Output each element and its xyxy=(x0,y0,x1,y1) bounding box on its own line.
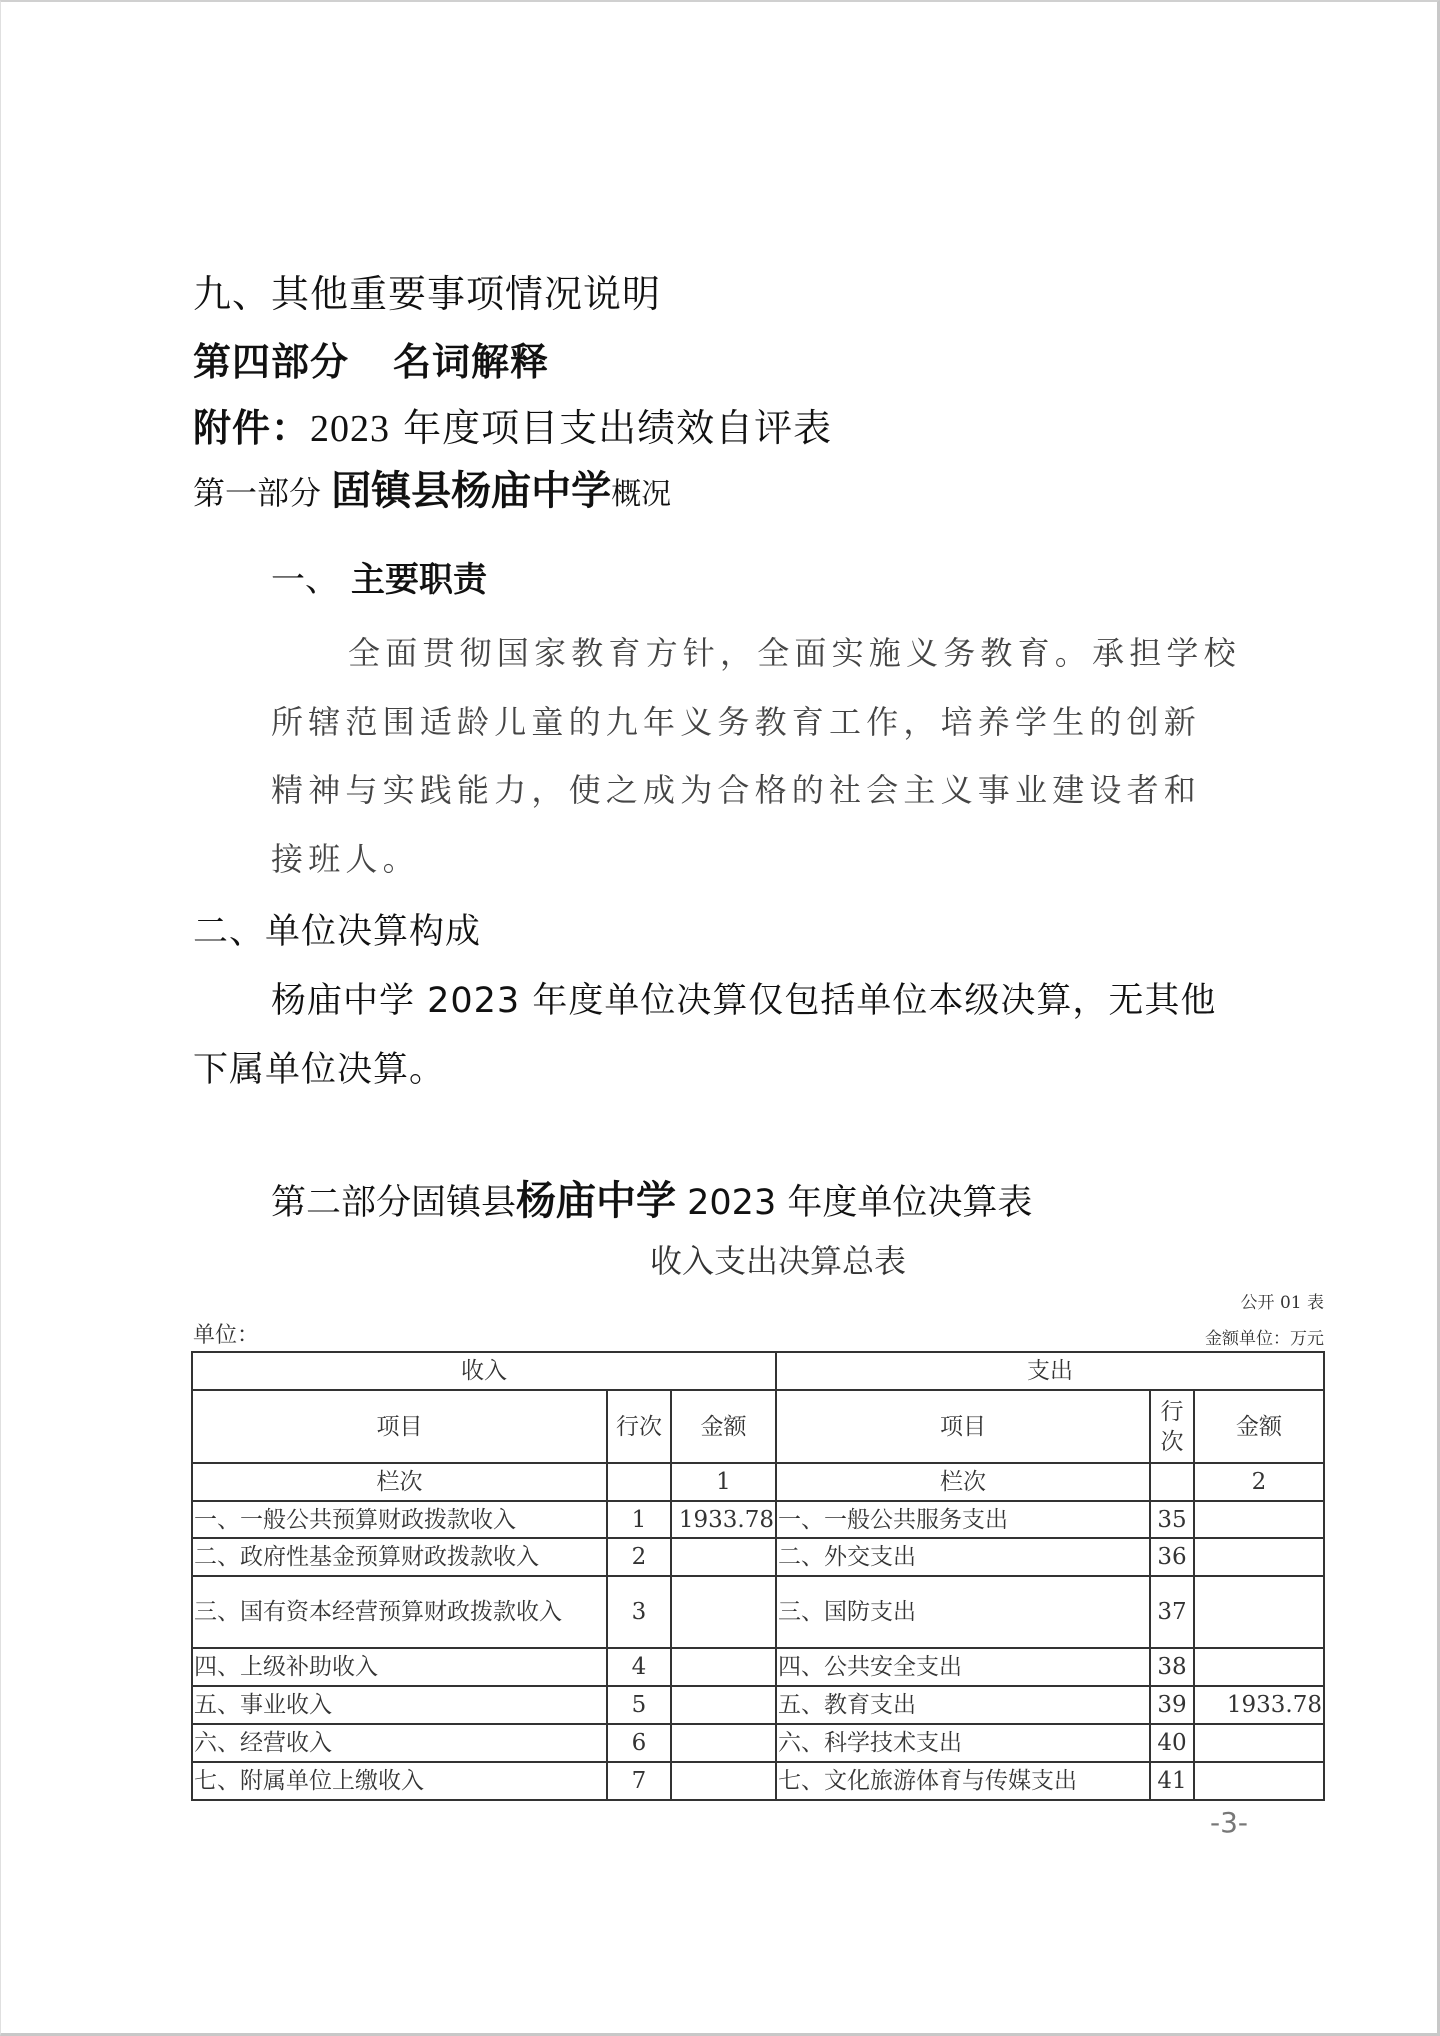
expense-item: 六、科学技术支出 xyxy=(776,1724,1150,1762)
income-row-no: 7 xyxy=(607,1762,671,1800)
part2-title-suffix: 2023 年度单位决算表 xyxy=(676,1183,1032,1223)
income-amount xyxy=(671,1686,776,1724)
income-amount xyxy=(671,1648,776,1686)
expense-row-no: 41 xyxy=(1150,1762,1194,1800)
income-item: 五、事业收入 xyxy=(192,1686,607,1724)
income-column-index-blank xyxy=(607,1463,671,1501)
expense-item: 五、教育支出 xyxy=(776,1686,1150,1724)
part2-title: 第二部分固镇县杨庙中学 2023 年度单位决算表 xyxy=(271,1178,1032,1226)
section2-paragraph-line-2: 下属单位决算。 xyxy=(193,1042,445,1092)
table-title: 收入支出决算总表 xyxy=(650,1236,906,1282)
part1-prefix: 第一部分 xyxy=(193,474,331,512)
income-item: 四、上级补助收入 xyxy=(192,1648,607,1686)
expense-column-index-blank xyxy=(1150,1463,1194,1501)
income-amount xyxy=(671,1762,776,1800)
income-item: 七、附属单位上缴收入 xyxy=(192,1762,607,1800)
income-col-row-no: 行次 xyxy=(607,1390,671,1463)
income-row-no: 6 xyxy=(607,1724,671,1762)
part2-title-prefix: 第二部分固镇县 xyxy=(271,1183,516,1223)
section1-heading-text: 主要职责 xyxy=(351,560,487,600)
amount-unit: 金额单位：万元 xyxy=(1205,1324,1324,1349)
income-col-item: 项目 xyxy=(192,1390,607,1463)
part1-org-name: 固镇县杨庙中学 xyxy=(331,468,611,514)
table-code: 公开 01 表 xyxy=(1241,1288,1324,1313)
expense-amount xyxy=(1194,1501,1324,1538)
income-row-no: 5 xyxy=(607,1686,671,1724)
table-row: 七、附属单位上缴收入 7 七、文化旅游体育与传媒支出 41 xyxy=(192,1762,1324,1800)
unit-label: 单位： xyxy=(193,1318,259,1349)
section1-heading: 一、主要职责 xyxy=(271,558,487,602)
income-col-amount: 金额 xyxy=(671,1390,776,1463)
income-amount xyxy=(671,1576,776,1648)
expense-amount xyxy=(1194,1724,1324,1762)
income-item: 六、经营收入 xyxy=(192,1724,607,1762)
table-column-index-row: 栏次 1 栏次 2 xyxy=(192,1463,1324,1501)
table-row: 二、政府性基金预算财政拨款收入 2 二、外交支出 36 xyxy=(192,1538,1324,1576)
expense-row-no: 36 xyxy=(1150,1538,1194,1576)
expense-col-amount: 金额 xyxy=(1194,1390,1324,1463)
income-column-index-label: 栏次 xyxy=(192,1463,607,1501)
income-row-no: 3 xyxy=(607,1576,671,1648)
section1-paragraph-line-2: 所辖范围适龄儿童的九年义务教育工作，培养学生的创新 xyxy=(271,697,1201,743)
expense-item: 四、公共安全支出 xyxy=(776,1648,1150,1686)
section1-paragraph-line-4: 接班人。 xyxy=(271,834,420,880)
income-item: 三、国有资本经营预算财政拨款收入 xyxy=(192,1576,607,1648)
attachment-year: 2023 xyxy=(310,408,390,450)
section1-paragraph-line-1: 全面贯彻国家教育方针，全面实施义务教育。承担学校 xyxy=(348,628,1241,674)
expense-amount xyxy=(1194,1648,1324,1686)
expense-row-no: 38 xyxy=(1150,1648,1194,1686)
table-row: 四、上级补助收入 4 四、公共安全支出 38 xyxy=(192,1648,1324,1686)
income-expense-table: 收入 支出 项目 行次 金额 项目 行 次 金额 栏次 1 栏次 2 一、一般公… xyxy=(191,1351,1325,1801)
toc-part4: 第四部分名词解释 xyxy=(193,338,549,386)
expense-row-no: 40 xyxy=(1150,1724,1194,1762)
expense-amount xyxy=(1194,1762,1324,1800)
income-row-no: 1 xyxy=(607,1501,671,1538)
table-group-header-row: 收入 支出 xyxy=(192,1352,1324,1390)
expense-row-no: 35 xyxy=(1150,1501,1194,1538)
expense-col-row-no: 行 次 xyxy=(1150,1390,1194,1463)
part1-suffix: 概况 xyxy=(611,477,671,512)
expense-amount: 1933.78 xyxy=(1194,1686,1324,1724)
attachment-label: 附件： xyxy=(193,406,310,450)
expense-column-index-label: 栏次 xyxy=(776,1463,1150,1501)
income-amount xyxy=(671,1538,776,1576)
expense-item: 一、一般公共服务支出 xyxy=(776,1501,1150,1538)
table-row: 五、事业收入 5 五、教育支出 39 1933.78 xyxy=(192,1686,1324,1724)
section1-heading-num: 一、 xyxy=(271,560,339,600)
table-row: 三、国有资本经营预算财政拨款收入 3 三、国防支出 37 xyxy=(192,1576,1324,1648)
income-row-no: 2 xyxy=(607,1538,671,1576)
expense-amount xyxy=(1194,1576,1324,1648)
expense-item: 七、文化旅游体育与传媒支出 xyxy=(776,1762,1150,1800)
expense-column-index: 2 xyxy=(1194,1463,1324,1501)
table-row: 六、经营收入 6 六、科学技术支出 40 xyxy=(192,1724,1324,1762)
income-item: 二、政府性基金预算财政拨款收入 xyxy=(192,1538,607,1576)
table-row: 一、一般公共预算财政拨款收入 1 1933.78 一、一般公共服务支出 35 xyxy=(192,1501,1324,1538)
expense-group-header: 支出 xyxy=(776,1352,1324,1390)
toc-part4-title: 名词解释 xyxy=(393,340,549,384)
expense-row-no: 37 xyxy=(1150,1576,1194,1648)
part1-title: 第一部分 固镇县杨庙中学概况 xyxy=(193,466,671,516)
income-column-index: 1 xyxy=(671,1463,776,1501)
attachment-title: 年度项目支出绩效自评表 xyxy=(390,406,832,450)
page-number: -3- xyxy=(1210,1806,1248,1839)
toc-part4-prefix: 第四部分 xyxy=(193,340,349,384)
expense-item: 二、外交支出 xyxy=(776,1538,1150,1576)
section1-paragraph-line-3: 精神与实践能力，使之成为合格的社会主义事业建设者和 xyxy=(271,765,1201,811)
section2-paragraph-line-1: 杨庙中学 2023 年度单位决算仅包括单位本级决算，无其他 xyxy=(271,973,1216,1023)
income-item: 一、一般公共预算财政拨款收入 xyxy=(192,1501,607,1538)
income-row-no: 4 xyxy=(607,1648,671,1686)
toc-attachment: 附件：2023 年度项目支出绩效自评表 xyxy=(193,404,832,453)
expense-item: 三、国防支出 xyxy=(776,1576,1150,1648)
toc-item-9: 九、其他重要事项情况说明 xyxy=(193,270,661,318)
expense-row-no: 39 xyxy=(1150,1686,1194,1724)
section2-heading: 二、单位决算构成 xyxy=(193,904,481,954)
income-amount xyxy=(671,1724,776,1762)
table-column-header-row: 项目 行次 金额 项目 行 次 金额 xyxy=(192,1390,1324,1463)
expense-col-item: 项目 xyxy=(776,1390,1150,1463)
part2-title-org: 杨庙中学 xyxy=(516,1178,676,1224)
income-group-header: 收入 xyxy=(192,1352,776,1390)
expense-amount xyxy=(1194,1538,1324,1576)
income-amount: 1933.78 xyxy=(671,1501,776,1538)
